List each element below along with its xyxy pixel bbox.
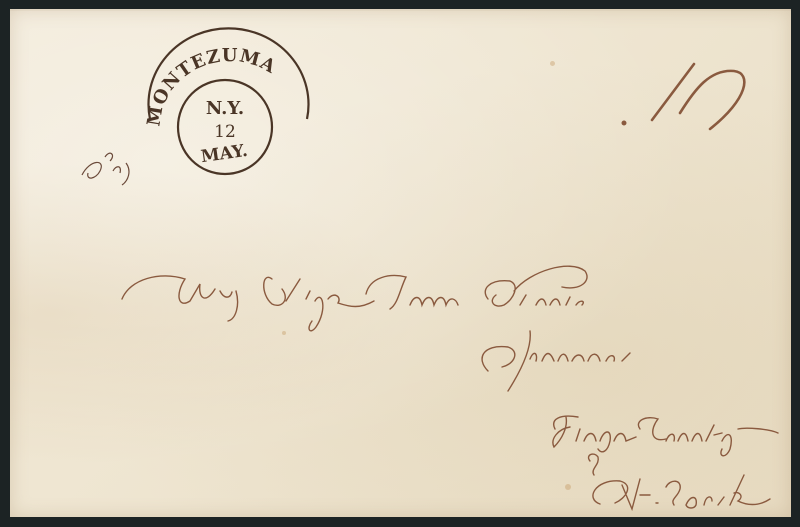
postmark-day: 12 [214,122,236,142]
postmark-month: MAY. [200,141,249,167]
rate-marking [623,64,745,129]
address-handwriting [122,266,778,509]
letter-cover: MONTEZUMA N.Y. 12 MAY. [10,9,791,517]
postmark-state: N.Y. [206,98,244,119]
montezuma-postmark: MONTEZUMA N.Y. 12 MAY. [143,28,308,174]
